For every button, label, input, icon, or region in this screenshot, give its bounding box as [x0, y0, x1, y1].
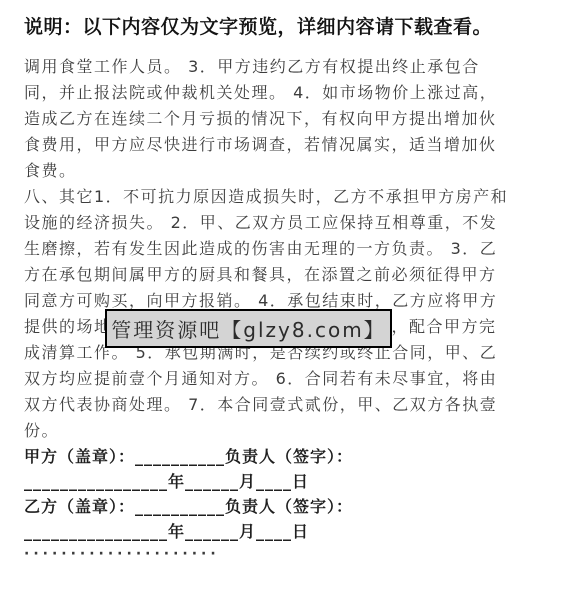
body-line: 食费。: [24, 158, 556, 184]
party-b-date-line: ________________年______月____日: [24, 519, 556, 544]
dotted-line: ·····················: [24, 544, 556, 564]
body-line: 调用食堂工作人员。 3．甲方违约乙方有权提出终止承包合: [24, 54, 556, 80]
body-line: 双方均应提前壹个月通知对方。 6．合同若有未尽事宜，将由: [24, 366, 556, 392]
preview-notice: 说明：以下内容仅为文字预览，详细内容请下载查看。: [24, 14, 556, 40]
body-line: 方在承包期间属甲方的厨具和餐具，在添置之前必须征得甲方: [24, 262, 556, 288]
party-b-seal-line: 乙方（盖章）：__________负责人（签字）：: [24, 494, 556, 519]
document-preview-page: 说明：以下内容仅为文字预览，详细内容请下载查看。 调用食堂工作人员。 3．甲方违…: [0, 0, 578, 600]
body-line: 同，并止报法院或仲裁机关处理。 4．如市场物价上涨过高，: [24, 80, 556, 106]
contract-body: 调用食堂工作人员。 3．甲方违约乙方有权提出终止承包合 同，并止报法院或仲裁机关…: [24, 54, 556, 444]
body-line: 生磨擦，若有发生因此造成的伤害由无理的一方负责。 3．乙: [24, 236, 556, 262]
body-line: 双方代表协商处理。 7．本合同壹式贰份，甲、乙双方各执壹: [24, 392, 556, 418]
signature-block: 甲方（盖章）：__________负责人（签字）： ______________…: [24, 444, 556, 564]
body-line: 设施的经济损失。 2．甲、乙双方员工应保持互相尊重，不发: [24, 210, 556, 236]
watermark-badge: 管理资源吧【glzy8.com】: [105, 309, 392, 348]
watermark-text: 管理资源吧【glzy8.com】: [111, 314, 385, 343]
party-a-seal-line: 甲方（盖章）：__________负责人（签字）：: [24, 444, 556, 469]
body-line: 份。: [24, 418, 556, 444]
body-line: 食费用，甲方应尽快进行市场调查，若情况属实，适当增加伙: [24, 132, 556, 158]
body-line: 八、其它1．不可抗力原因造成损失时，乙方不承担甲方房产和: [24, 184, 556, 210]
body-line: 造成乙方在连续二个月亏损的情况下，有权向甲方提出增加伙: [24, 106, 556, 132]
party-a-date-line: ________________年______月____日: [24, 469, 556, 494]
